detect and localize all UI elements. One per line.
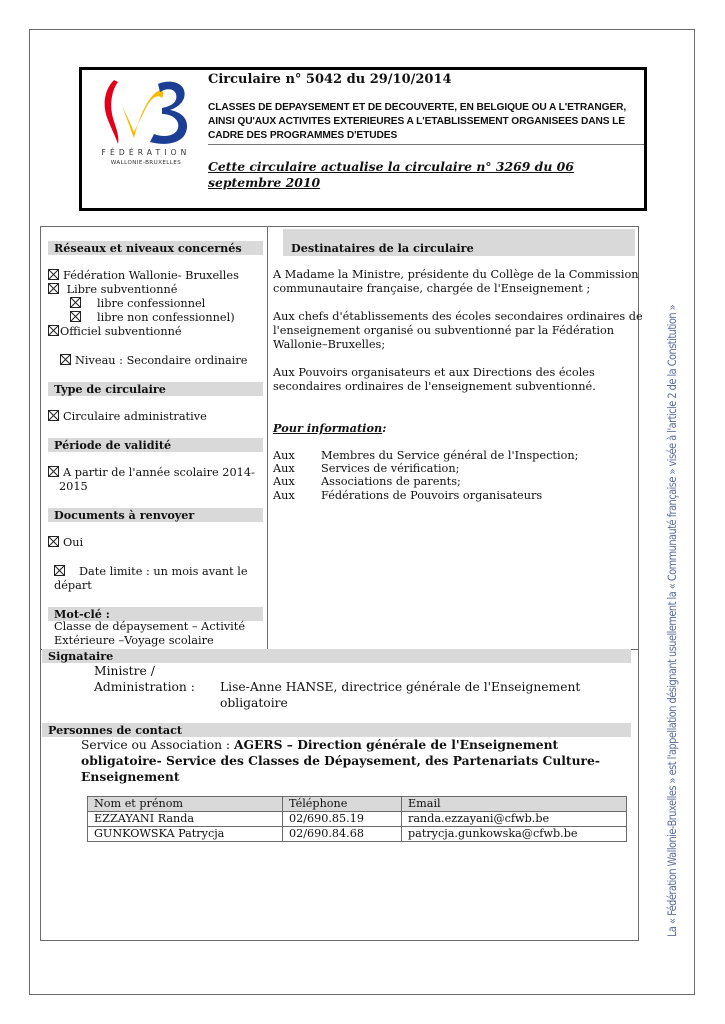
checkbox-item-documents: Oui [48,536,83,550]
checked-box-icon [48,466,59,477]
contacts-table-header: Nom et prénom Téléphone Email [88,797,627,812]
signataire-name-line-2: obligatoire [220,695,288,711]
header-divider [208,144,644,145]
checkbox-item-officiel: Officiel subventionné [48,325,182,339]
info-item: AuxMembres du Service général de l'Inspe… [273,449,578,463]
info-item: AuxAssociations de parents; [273,475,461,489]
section-heading-documents: Documents à renvoyer [48,508,263,522]
signataire-label-2: Administration : [94,679,195,695]
section-heading-signataire: Signataire [42,649,631,663]
deadline-continuation: départ [54,579,92,593]
signataire-label-1: Ministre / [94,663,155,679]
column-divider [267,227,268,649]
contact-service-line-1: Service ou Association : AGERS – Directi… [81,737,558,753]
contact-name: GUNKOWSKA Patrycja [88,827,283,842]
circular-update-note: Cette circulaire actualise la circulaire… [208,159,608,191]
checkbox-item-libre-confessionnel: libre confessionnel [70,297,205,311]
checked-box-icon [48,325,59,336]
checked-box-icon [48,536,59,547]
checked-box-icon [54,565,65,576]
checked-box-icon [48,410,59,421]
section-heading-contact: Personnes de contact [42,723,631,737]
checked-box-icon [48,269,59,280]
circular-header: FÉDÉRATION WALLONIE-BRUXELLES Circulaire… [79,67,647,211]
recipient-para-2-line-3: Wallonie–Bruxelles; [273,338,385,352]
contact-email[interactable]: patrycja.gunkowska@cfwb.be [402,827,627,842]
recipient-para-3-line-2: secondaires ordinaires de l'enseignement… [273,380,596,394]
section-heading-periode: Période de validité [48,438,263,452]
signataire-name-line-1: Lise-Anne HANSE, directrice générale de … [220,679,580,695]
federation-logo: FÉDÉRATION WALLONIE-BRUXELLES [90,76,202,186]
recipient-para-2-line-1: Aux chefs d'établissements des écoles se… [273,310,643,324]
column-header-email: Email [402,797,627,812]
motcle-line-1: Classe de dépaysement – Activité [54,620,245,634]
checkbox-item-libre-non-confessionnel: libre non confessionnel) [70,311,235,325]
recipient-para-3-line-1: Aux Pouvoirs organisateurs et aux Direct… [273,366,595,380]
logo-text-wallonie-bruxelles: WALLONIE-BRUXELLES [90,160,202,166]
motcle-line-2: Extérieure –Voyage scolaire [54,634,214,648]
info-heading: Pour information: [273,421,386,435]
column-header-phone: Téléphone [283,797,402,812]
checked-box-icon [48,283,59,294]
circular-subject: CLASSES DE DEPAYSEMENT ET DE DECOUVERTE,… [208,101,642,143]
circular-title: Circulaire n° 5042 du 29/10/2014 [208,72,452,87]
contact-phone: 02/690.84.68 [283,827,402,842]
checked-box-icon [60,354,71,365]
info-item: AuxServices de vérification; [273,462,459,476]
checkbox-item-niveau: Niveau : Secondaire ordinaire [60,354,247,368]
section-heading-motcle: Mot-clé : [48,607,263,621]
checkbox-item-periode: A partir de l'année scolaire 2014- [48,466,255,480]
recipient-para-2-line-2: l'enseignement organisé ou subventionné … [273,324,614,338]
checkbox-item-type: Circulaire administrative [48,410,207,424]
recipient-para-1-line-1: A Madame la Ministre, présidente du Coll… [273,268,639,282]
table-row: GUNKOWSKA Patrycja 02/690.84.68 patrycja… [88,827,627,842]
section-heading-destinataires: Destinataires de la circulaire [283,229,635,256]
logo-text-federation: FÉDÉRATION [90,148,202,157]
contact-name: EZZAYANI Randa [88,812,283,827]
checkbox-item-deadline: Date limite : un mois avant le [54,565,248,579]
table-row: EZZAYANI Randa 02/690.85.19 randa.ezzaya… [88,812,627,827]
contacts-table: Nom et prénom Téléphone Email EZZAYANI R… [87,796,627,842]
checkbox-item-libre: Libre subventionné [48,283,177,297]
checked-box-icon [70,297,81,308]
info-item: AuxFédérations de Pouvoirs organisateurs [273,489,542,503]
contact-service-line-3: Enseignement [81,769,180,785]
checkbox-item-fwb: Fédération Wallonie- Bruxelles [48,269,239,283]
circular-details-frame: Réseaux et niveaux concernés Fédération … [40,226,639,941]
vertical-side-note: La « Fédération Wallonie-Bruxelles » est… [665,504,679,938]
section-heading-reseaux: Réseaux et niveaux concernés [48,241,263,255]
checked-box-icon [70,311,81,322]
column-header-name: Nom et prénom [88,797,283,812]
section-heading-type: Type de circulaire [48,382,263,396]
contact-email[interactable]: randa.ezzayani@cfwb.be [402,812,627,827]
contact-service-line-2: obligatoire- Service des Classes de Dépa… [81,753,600,769]
periode-continuation: 2015 [59,480,88,494]
fwb-logo-icon [100,76,192,146]
contact-phone: 02/690.85.19 [283,812,402,827]
recipient-para-1-line-2: communautaire française, chargée de l'En… [273,282,590,296]
